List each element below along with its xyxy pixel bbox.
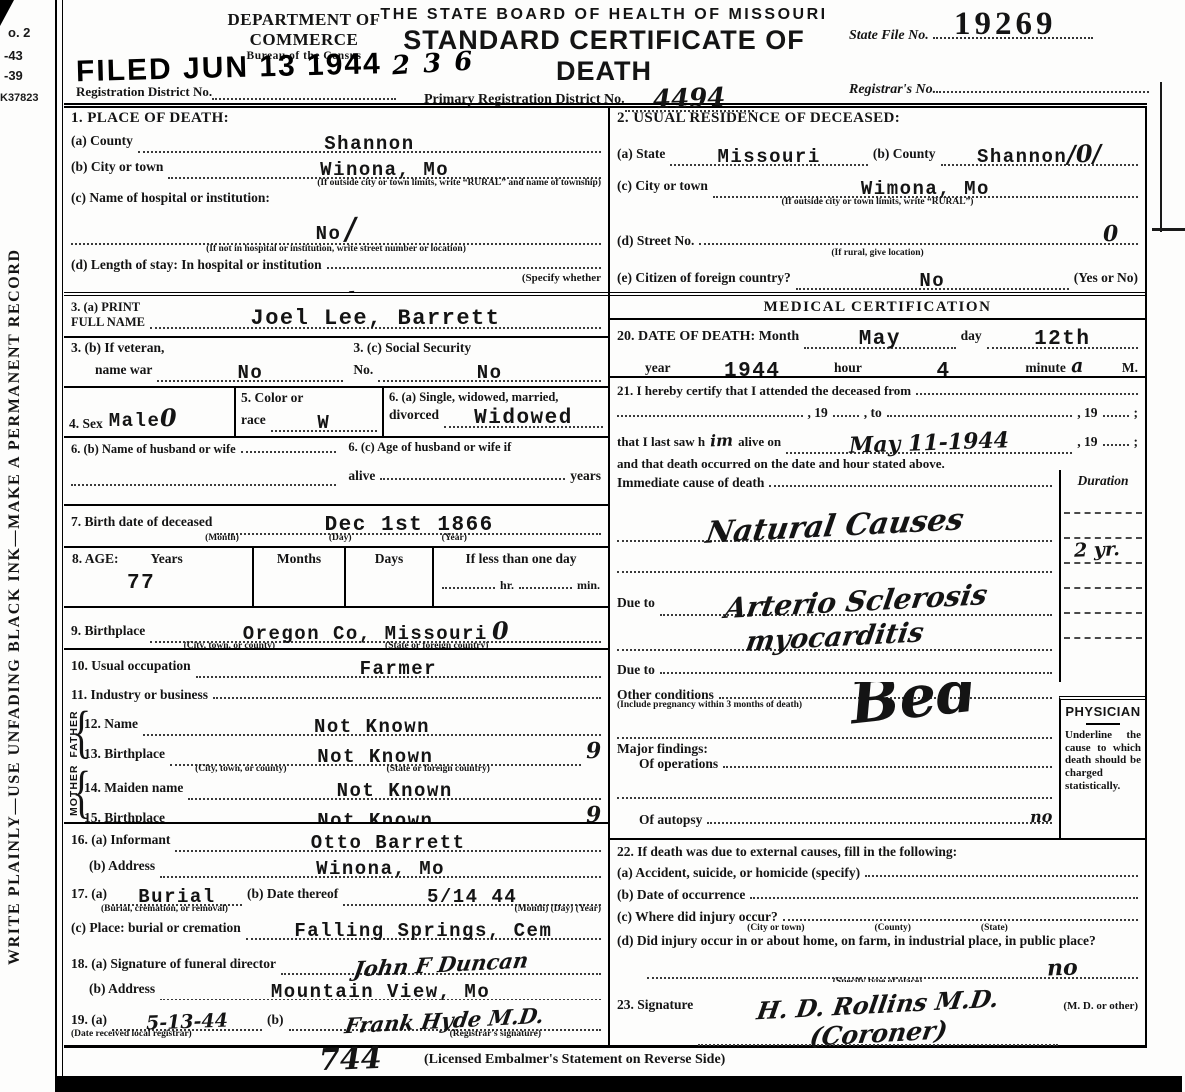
death-hour-value: 4 xyxy=(937,360,951,378)
mother-birthplace-value-line: Not Known xyxy=(170,806,581,824)
marital-value-line: Widowed xyxy=(444,403,603,428)
physician-instruction: Underline the cause to which death shoul… xyxy=(1064,729,1142,792)
yes-or-no-note: (Yes or No) xyxy=(1074,270,1138,286)
death-year-value: 1944 xyxy=(724,360,780,378)
section-other-conditions: Bed Other conditions (Include pregnancy … xyxy=(610,682,1145,840)
pen-mark: /0/ xyxy=(1067,138,1102,168)
registrars-no-label: Registrar's No. xyxy=(849,82,936,98)
dotted-line xyxy=(769,474,1052,487)
age-years-value: 77 xyxy=(127,572,252,595)
pen-mark: 0 xyxy=(160,403,178,433)
duration-row xyxy=(1064,489,1142,514)
residence-county-value: Shannon xyxy=(977,146,1067,168)
city-value: Winona, Mo xyxy=(320,159,449,181)
registration-district-field: Registration District No. xyxy=(76,84,396,100)
burial-place-label: (c) Place: burial or cremation xyxy=(71,920,241,936)
immediate-cause-value: Natural Causes xyxy=(703,502,966,551)
hospital-note: (If not in hospital or institution, writ… xyxy=(206,244,466,254)
dotted-line xyxy=(212,84,396,100)
hospital-value-line: No / xyxy=(71,208,601,245)
ssn-value: No xyxy=(477,362,503,384)
pen-mark: 0 xyxy=(1102,221,1118,248)
filed-stamp-text: FILED JUN 13 1944 xyxy=(76,47,383,88)
dotted-line xyxy=(71,473,336,486)
death-certificate-scan: o. 2 -43 -39 K37823 WRITE PLAINLY—USE UN… xyxy=(0,0,1185,1092)
father-birthplace-value: Not Known xyxy=(317,746,433,768)
year19-label: , 19 xyxy=(1077,434,1097,450)
spouse-name-label: 6. (b) Name of husband or wife xyxy=(71,442,236,457)
city-label: (b) City or town xyxy=(71,159,163,175)
margin-vertical-instruction: WRITE PLAINLY—USE UNFADING BLACK INK—MAK… xyxy=(6,105,24,965)
parents-rail: FATHER { MOTHER { xyxy=(64,710,84,824)
death-month-value: May xyxy=(859,328,901,351)
right-column: 2. USUAL RESIDENCE OF DECEASED: (a) Stat… xyxy=(610,108,1145,1045)
death-year-line: 1944 xyxy=(675,356,829,378)
veteran-value-line: No xyxy=(157,358,343,382)
race-value-line: W xyxy=(271,408,377,432)
section-place-of-death: 1. PLACE OF DEATH: (a) County Shannon (b… xyxy=(64,108,608,296)
dotted-line xyxy=(936,80,1149,93)
section-local-registrar: 19. (a) 5-13-44 (b) Frank Hyde M.D. (Dat… xyxy=(64,1000,608,1048)
community-value: 4 years xyxy=(339,284,444,296)
funeral-director-address-line: Mountain View, Mo xyxy=(160,977,601,1000)
race-label: race xyxy=(241,412,266,428)
section-date-of-death: 20. DATE OF DEATH: Month May day 12th ye… xyxy=(610,320,1145,378)
embalmer-number: 744 xyxy=(318,1041,382,1078)
scan-edge-artifact xyxy=(1152,228,1185,231)
dotted-line xyxy=(660,661,1052,674)
autopsy-line: no xyxy=(707,803,1052,824)
funeral-director-address-value: Mountain View, Mo xyxy=(271,981,490,1000)
primary-district-label: Primary Registration District No. xyxy=(424,92,625,108)
section-funeral-director: 18. (a) Signature of funeral director Jo… xyxy=(64,944,608,1000)
registrar-sig-item-label: (b) xyxy=(267,1012,284,1028)
birthplace-value-line: Oregon Co, Missouri 0 xyxy=(150,612,601,643)
duration-row: 2 yr. xyxy=(1064,539,1142,564)
injury-city-note: (City or town) xyxy=(747,923,804,933)
date-of-death-label: 20. DATE OF DEATH: Month xyxy=(617,329,799,345)
margin-fragment: -39 xyxy=(4,68,23,83)
registrar-signature-line: Frank Hyde M.D. xyxy=(289,1004,602,1031)
section1-title: 1. PLACE OF DEATH: xyxy=(71,110,601,127)
veteran-value: No xyxy=(237,362,263,384)
alive-label: alive xyxy=(348,468,375,484)
of-autopsy-label: Of autopsy xyxy=(617,812,702,828)
dotted-line xyxy=(887,404,1073,417)
ssn-value-line: No xyxy=(378,358,601,382)
divorced-label: divorced xyxy=(389,407,439,423)
section-external-causes: 22. If death was due to external causes,… xyxy=(610,840,1145,982)
dotted-line xyxy=(783,908,1138,921)
age-label: 8. AGE: xyxy=(72,551,119,566)
last-saw-label: that I last saw h xyxy=(617,434,705,450)
spouse-age-label: 6. (c) Age of husband or wife if xyxy=(348,440,601,455)
informant-address-label: (b) Address xyxy=(71,858,155,874)
father-birthplace-value-line: Not Known xyxy=(170,742,581,766)
dotted-line xyxy=(519,587,572,589)
dotted-line xyxy=(1103,444,1129,446)
other-conditions-main: Bed Other conditions (Include pregnancy … xyxy=(610,682,1059,838)
footer-strip: 744 (Licensed Embalmer's Statement on Re… xyxy=(64,1048,1147,1076)
father-name-value: Not Known xyxy=(314,716,430,738)
dotted-line xyxy=(750,886,1138,899)
margin-fragment: K37823 xyxy=(0,92,39,104)
dotted-line xyxy=(865,864,1138,877)
duration-column: Duration 2 yr. xyxy=(1059,470,1145,682)
state-file-field: State File No. 19269 xyxy=(849,26,1149,44)
injury-county-note: (County) xyxy=(875,923,911,933)
dotted-line xyxy=(723,755,1052,768)
due-to-value2: myocarditis xyxy=(743,617,925,658)
birth-date-label: 7. Birth date of deceased xyxy=(71,514,212,530)
occurrence-date-label: (b) Date of occurrence xyxy=(617,887,745,903)
duration-row xyxy=(1064,589,1142,614)
foreign-citizen-label: (e) Citizen of foreign country? xyxy=(617,270,791,286)
registrars-no-field: Registrar's No. xyxy=(849,80,1149,98)
due-to-line2: myocarditis xyxy=(617,618,1052,651)
hospital-label: (c) Name of hospital or institution: xyxy=(71,190,270,206)
autopsy-mark: no xyxy=(1029,807,1052,827)
county-label: (a) County xyxy=(71,133,133,149)
ssn-no-label: No. xyxy=(353,362,373,378)
state-file-label: State File No. xyxy=(849,28,929,43)
informant-label: 16. (a) Informant xyxy=(71,832,170,848)
informant-value-line: Otto Barrett xyxy=(175,828,601,852)
residence-county-label: (b) County xyxy=(873,146,936,162)
accident-label: (a) Accident, suicide, or homicide (spec… xyxy=(617,865,860,881)
left-column: 1. PLACE OF DEATH: (a) County Shannon (b… xyxy=(64,108,610,1045)
father-brace: { xyxy=(72,710,91,761)
received-date-line: 5-13-44 xyxy=(112,1007,262,1031)
foreign-citizen-value: No xyxy=(919,270,945,292)
death-meridiem-value: a xyxy=(1070,355,1083,377)
scan-left-margin: o. 2 -43 -39 K37823 WRITE PLAINLY—USE UN… xyxy=(0,0,55,1092)
funeral-director-signature-line: John F Duncan xyxy=(281,948,601,975)
death-day-value: 12th xyxy=(1034,328,1090,351)
death-day-label: day xyxy=(961,328,982,344)
marital-value: Widowed xyxy=(474,407,573,430)
residence-state-value: Missouri xyxy=(718,146,821,168)
sex-label: 4. Sex xyxy=(69,416,103,432)
street-no-label: (d) Street No. xyxy=(617,233,694,249)
birth-date-value-line: Dec 1st 1866 xyxy=(217,510,601,535)
section-industry: 11. Industry or business xyxy=(64,682,608,710)
father-birthplace-label: 13. Birthplace xyxy=(84,746,165,762)
dotted-line xyxy=(617,786,1052,799)
funeral-director-label: 18. (a) Signature of funeral director xyxy=(71,956,276,972)
pen-mark: no xyxy=(1047,954,1079,981)
section-birthplace: 9. Birthplace Oregon Co, Missouri 0 (Cit… xyxy=(64,608,608,650)
race-value: W xyxy=(317,412,330,434)
scan-bottom-bar xyxy=(57,1076,1182,1092)
pen-mark: / xyxy=(345,212,357,247)
injury-state-note: (State) xyxy=(981,923,1008,933)
month-note: (Month) xyxy=(205,533,239,543)
burial-date-value: 5/14 44 xyxy=(427,886,517,908)
last-seen-date-value: May 11-1944 xyxy=(849,427,1010,459)
major-findings-label: Major findings: xyxy=(617,741,708,757)
residence-city-label: (c) City or town xyxy=(617,178,708,194)
residence-state-label: (a) State xyxy=(617,146,665,162)
age-less-than-day-header: If less than one day xyxy=(465,551,576,566)
residence-county-line: Shannon/0/ xyxy=(941,135,1139,166)
due-to-line: Arterio Sclerosis xyxy=(660,581,1052,616)
mother-maiden-value-line: Not Known xyxy=(188,776,601,800)
signature-label: 23. Signature xyxy=(617,997,693,1013)
mother-maiden-label: 14. Maiden name xyxy=(84,780,183,796)
external-causes-title: 22. If death was due to external causes,… xyxy=(617,844,957,860)
section-burial: 17. (a) Burial (b) Date thereof 5/14 44 … xyxy=(64,878,608,944)
burial-date-note: (Month) (Day) (Year) xyxy=(514,904,601,914)
certificate-header: DEPARTMENT OF COMMERCE Bureau of the Cen… xyxy=(64,0,1147,108)
name-war-label: name war xyxy=(71,362,152,378)
dotted-line xyxy=(617,404,803,417)
board-title: THE STATE BOARD OF HEALTH OF MISSOURI xyxy=(364,6,844,24)
scan-edge-artifact xyxy=(1160,82,1162,232)
dotted-line xyxy=(442,587,495,589)
dotted-line xyxy=(617,726,1052,739)
year19-label: , 19 xyxy=(808,405,828,421)
injury-place-line: no xyxy=(647,951,1138,979)
registration-district-label: Registration District No. xyxy=(76,84,212,100)
birthplace-value: Oregon Co, Missouri xyxy=(243,623,488,645)
certificate-document: DEPARTMENT OF COMMERCE Bureau of the Cen… xyxy=(55,0,1155,1092)
length-of-stay-label: (d) Length of stay: In hospital or insti… xyxy=(71,257,322,273)
attended-from-label: 21. I hereby certify that I attended the… xyxy=(617,383,911,399)
physician-column: PHYSICIAN Underline the cause to which d… xyxy=(1059,696,1145,838)
residence-city-line: Wimona, Mo xyxy=(713,174,1138,198)
section2-title: 2. USUAL RESIDENCE OF DECEASED: xyxy=(617,110,1138,127)
dotted-line xyxy=(916,382,1138,395)
embalmer-note: (Licensed Embalmer's Statement on Revers… xyxy=(424,1052,725,1068)
burial-date-label: (b) Date thereof xyxy=(247,886,338,902)
semicolon: ; xyxy=(1134,434,1139,450)
death-day-line: 12th xyxy=(987,324,1138,349)
min-label: min. xyxy=(577,578,600,593)
burial-place-line: Falling Springs, Cem xyxy=(246,916,601,940)
city-value-line: Winona, Mo xyxy=(168,155,601,179)
years-suffix: years xyxy=(570,468,601,484)
alive-on-label: alive on xyxy=(738,434,781,450)
due-to-label: Due to xyxy=(617,595,655,611)
received-item-label: 19. (a) xyxy=(71,1012,107,1028)
occupation-value: Farmer xyxy=(360,658,437,680)
semicolon: ; xyxy=(1134,405,1139,421)
medical-certification-title: MEDICAL CERTIFICATION xyxy=(610,296,1145,320)
duration-row xyxy=(1064,514,1142,539)
mother-maiden-value: Not Known xyxy=(337,780,453,802)
full-name-value: Joel Lee, Barrett xyxy=(251,306,501,331)
veteran-label: 3. (b) If veteran, xyxy=(71,340,343,356)
md-or-other-note: (M. D. or other) xyxy=(1063,1000,1138,1012)
death-hour-label: hour xyxy=(834,360,862,376)
other-conditions-scrawl: Bed xyxy=(847,682,979,732)
section-physician-signature: 23. Signature H. D. Rollins M.D. (Corone… xyxy=(610,982,1145,1048)
physician-header: PHYSICIAN xyxy=(1064,704,1142,719)
injury-place-question: (d) Did injury occur in or about home, o… xyxy=(617,933,1138,949)
mother-birthplace-label: 15. Birthplace xyxy=(84,810,165,824)
burial-type-value: Burial xyxy=(138,886,215,908)
county-value-line: Shannon xyxy=(138,129,601,153)
section-spouse: 6. (b) Name of husband or wife 6. (c) Ag… xyxy=(64,438,608,506)
section-occupation: 10. Usual occupation Farmer xyxy=(64,650,608,682)
informant-value: Otto Barrett xyxy=(311,832,466,854)
other-conditions-note: (Include pregnancy within 3 months of de… xyxy=(617,700,802,710)
section-causes: Immediate cause of death Natural Causes … xyxy=(610,470,1145,682)
signature-line: H. D. Rollins M.D. (Coroner) xyxy=(698,986,1058,1046)
duration-header: Duration xyxy=(1061,470,1145,489)
physician-rule xyxy=(1086,723,1120,725)
county-value: Shannon xyxy=(324,133,414,155)
section-informant: 16. (a) Informant Otto Barrett (b) Addre… xyxy=(64,824,608,878)
burial-item-label: 17. (a) xyxy=(71,886,107,902)
street-no-note: (If rural, give location) xyxy=(831,248,923,258)
duration-row xyxy=(1064,564,1142,589)
pen-mark: 9 xyxy=(585,738,601,765)
dotted-line xyxy=(380,467,565,480)
last-seen-date-line: May 11-1944 xyxy=(786,426,1072,454)
informant-address-value-line: Winona, Mo xyxy=(160,854,601,878)
burial-place-value: Falling Springs, Cem xyxy=(294,920,552,942)
him-handwritten: im xyxy=(710,431,734,451)
age-months-header: Months xyxy=(277,551,321,566)
burial-type-line: Burial xyxy=(112,882,242,906)
father-bp-city-note: (City, town, or county) xyxy=(195,764,286,774)
residence-city-value: Wimona, Mo xyxy=(861,178,990,200)
mother-brace: { xyxy=(72,763,91,821)
print-label: 3. (a) PRINT xyxy=(71,300,145,315)
death-minute-label: minute xyxy=(1025,360,1066,376)
birthplace-label: 9. Birthplace xyxy=(71,623,145,639)
death-year-label: year xyxy=(617,360,670,376)
mother-birthplace-value: Not Known xyxy=(317,810,433,824)
to-label: , to xyxy=(864,405,882,421)
foreign-citizen-line: No xyxy=(796,266,1069,290)
causes-main: Immediate cause of death Natural Causes … xyxy=(610,470,1059,682)
sex-value: Male xyxy=(109,410,161,432)
occupation-value-line: Farmer xyxy=(196,654,601,678)
death-minute-line: a xyxy=(1071,355,1117,378)
occupation-label: 10. Usual occupation xyxy=(71,658,191,674)
pen-mark: 9 xyxy=(585,802,601,824)
duration-value: 2 yr. xyxy=(1074,538,1121,562)
section-usual-residence: 2. USUAL RESIDENCE OF DECEASED: (a) Stat… xyxy=(610,108,1145,296)
death-hour-line: 4 xyxy=(867,356,1021,378)
father-name-label: 12. Name xyxy=(84,716,138,732)
funeral-director-address-label: (b) Address xyxy=(71,981,155,997)
of-operations-label: Of operations xyxy=(617,756,718,772)
street-no-line: 0 xyxy=(699,217,1138,245)
full-name-value-line: Joel Lee, Barrett xyxy=(150,302,601,329)
ssn-label: 3. (c) Social Security xyxy=(353,340,601,356)
double-rule-line xyxy=(62,0,63,1078)
death-month-line: May xyxy=(804,324,955,349)
section-age: 8. AGE: Years 77 Months Days If less tha… xyxy=(64,548,608,608)
dotted-line xyxy=(617,560,1052,573)
received-date-value: 5-13-44 xyxy=(146,1010,229,1035)
hr-label: hr. xyxy=(500,578,514,593)
section-birth-date: 7. Birth date of deceased Dec 1st 1866 (… xyxy=(64,506,608,548)
dotted-line xyxy=(327,256,601,269)
section-parents: FATHER { MOTHER { 12. Name Not Known 13.… xyxy=(64,710,608,824)
section-full-name: 3. (a) PRINT FULL NAME Joel Lee, Barrett xyxy=(64,296,608,338)
birth-date-value: Dec 1st 1866 xyxy=(325,514,494,537)
dotted-line xyxy=(833,415,859,417)
age-days-header: Days xyxy=(375,551,404,566)
duration-row xyxy=(1064,614,1142,639)
age-years-header: Years xyxy=(151,551,183,566)
section-sex-race-marital: 4. Sex Male 0 5. Color or race W 6. (a) … xyxy=(64,388,608,438)
full-name-label: FULL NAME xyxy=(71,315,145,330)
margin-fragment: -43 xyxy=(4,48,23,63)
immediate-cause-line: Natural Causes xyxy=(617,505,1052,542)
hospital-value: No xyxy=(316,223,342,245)
industry-label: 11. Industry or business xyxy=(71,687,208,703)
filed-handwritten-mark: 2 3 6 xyxy=(391,46,475,81)
dotted-line xyxy=(1103,415,1129,417)
father-name-value-line: Not Known xyxy=(143,712,601,736)
due-to2-label: Due to xyxy=(617,662,655,678)
dotted-line xyxy=(213,686,601,699)
state-file-number: 19269 xyxy=(954,6,1057,43)
form-body: 1. PLACE OF DEATH: (a) County Shannon (b… xyxy=(64,108,1147,1048)
residence-state-line: Missouri xyxy=(670,142,868,166)
immediate-cause-label: Immediate cause of death xyxy=(617,475,764,491)
margin-fragment: o. 2 xyxy=(8,25,30,40)
color-race-label: 5. Color or xyxy=(241,390,377,406)
section-attended-statement: 21. I hereby certify that I attended the… xyxy=(610,378,1145,470)
community-value-line: 4 years xyxy=(182,282,601,296)
year19-label: , 19 xyxy=(1077,405,1097,421)
pen-mark: 0 xyxy=(491,616,509,646)
informant-address-value: Winona, Mo xyxy=(316,858,445,878)
meridiem-label: M. xyxy=(1122,360,1138,376)
dotted-line xyxy=(241,451,337,453)
burial-date-line: 5/14 44 xyxy=(343,882,601,906)
section-veteran-ssn: 3. (b) If veteran, name war No 3. (c) So… xyxy=(64,338,608,388)
death-occurred-label: and that death occurred on the date and … xyxy=(617,456,945,470)
